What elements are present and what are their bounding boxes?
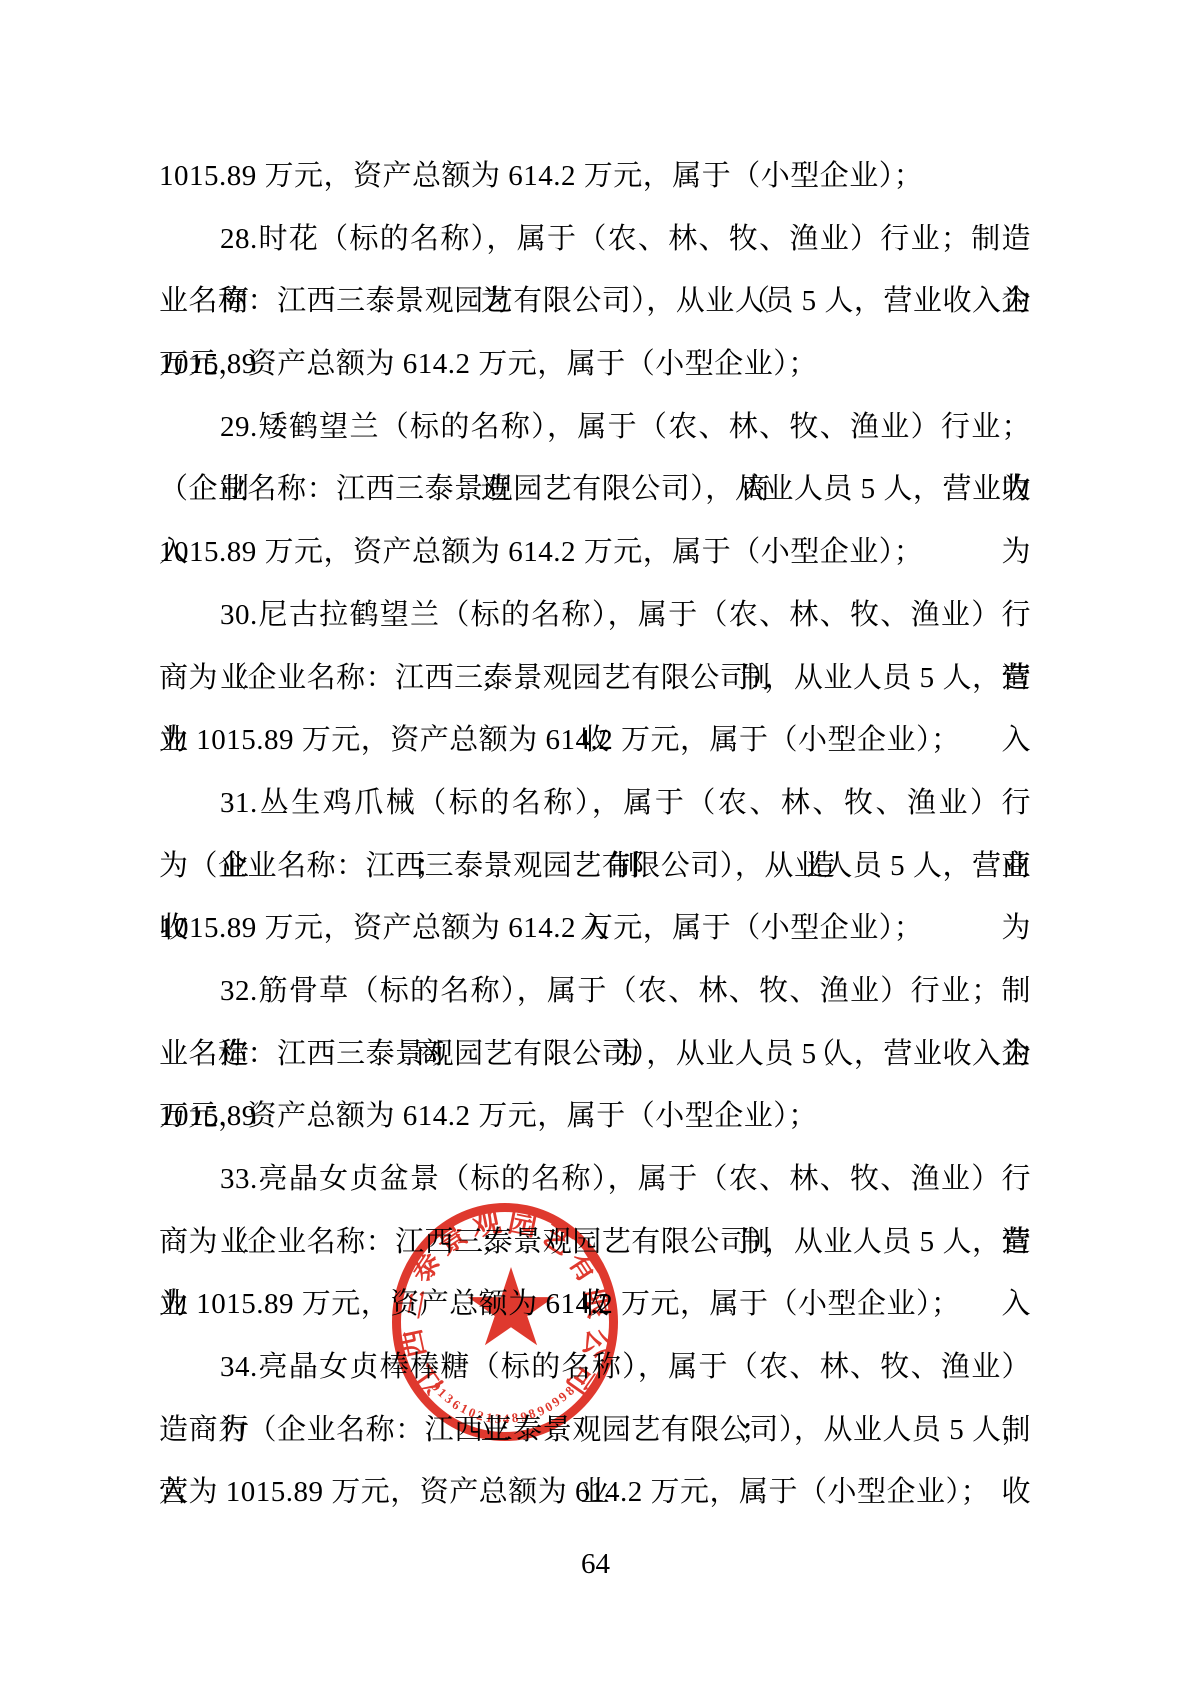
text-line: 业名称：江西三泰景观园艺有限公司），从业人员 5 人，营业收入为 1015.89 [159,1023,1031,1086]
text-line: 为 1015.89 万元，资产总额为 614.2 万元，属于（小型企业）； [159,1273,1031,1336]
text-line: 31.丛生鸡爪械（标的名称），属于（农、林、牧、渔业）行业；制造商 [159,772,1031,835]
page-number: 64 [0,1548,1191,1581]
text-line: 29.矮鹤望兰（标的名称），属于（农、林、牧、渔业）行业；制造商为 [159,396,1031,459]
text-line: 30.尼古拉鹤望兰（标的名称），属于（农、林、牧、渔业）行业；制造 [159,584,1031,647]
text-line: 业名称：江西三泰景观园艺有限公司），从业人员 5 人，营业收入为 1015.89 [159,270,1031,333]
document-page: 1015.89 万元，资产总额为 614.2 万元，属于（小型企业）；28.时花… [0,0,1191,1684]
document-body: 1015.89 万元，资产总额为 614.2 万元，属于（小型企业）；28.时花… [159,145,1031,1524]
text-line: （企业名称：江西三泰景观园艺有限公司），从业人员 5 人，营业收入为 [159,458,1031,521]
text-line: 1015.89 万元，资产总额为 614.2 万元，属于（小型企业）； [159,897,1031,960]
text-line: 1015.89 万元，资产总额为 614.2 万元，属于（小型企业）； [159,145,1031,208]
text-line: 1015.89 万元，资产总额为 614.2 万元，属于（小型企业）； [159,521,1031,584]
text-line: 为（企业名称：江西三泰景观园艺有限公司），从业人员 5 人，营业收入为 [159,835,1031,898]
text-line: 34.亮晶女贞棒棒糖（标的名称），属于（农、林、牧、渔业）行业；制 [159,1336,1031,1399]
text-line: 入为 1015.89 万元，资产总额为 614.2 万元，属于（小型企业）； [159,1461,1031,1524]
text-line: 商为（企业名称：江西三泰景观园艺有限公司），从业人员 5 人，营业收入 [159,647,1031,710]
text-line: 33.亮晶女贞盆景（标的名称），属于（农、林、牧、渔业）行业；制造 [159,1148,1031,1211]
text-line: 万元，资产总额为 614.2 万元，属于（小型企业）； [159,333,1031,396]
text-line: 28.时花（标的名称），属于（农、林、牧、渔业）行业；制造商为（企 [159,208,1031,271]
text-line: 造商为（企业名称：江西三泰景观园艺有限公司），从业人员 5 人，营业收 [159,1399,1031,1462]
text-line: 商为（企业名称：江西三泰景观园艺有限公司），从业人员 5 人，营业收入 [159,1211,1031,1274]
text-line: 为 1015.89 万元，资产总额为 614.2 万元，属于（小型企业）； [159,709,1031,772]
text-line: 32.筋骨草（标的名称），属于（农、林、牧、渔业）行业；制造商为（企 [159,960,1031,1023]
text-line: 万元，资产总额为 614.2 万元，属于（小型企业）； [159,1085,1031,1148]
